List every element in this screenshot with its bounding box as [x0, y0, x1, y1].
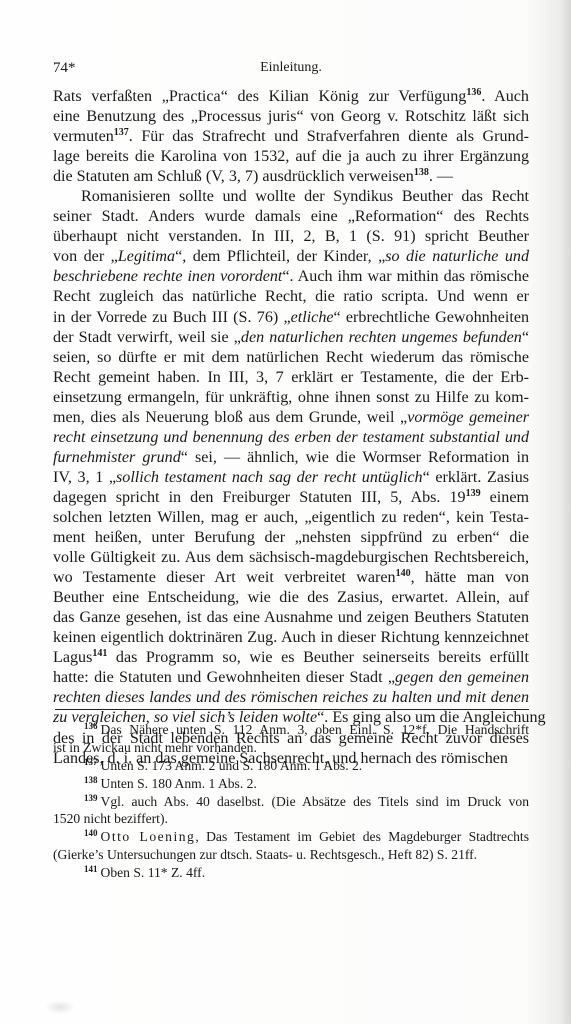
text-line: Beuther eine Entscheidung, wie die des Z… [53, 588, 529, 608]
text-line: von der „Legitima“, dem Pflichteil, der … [53, 247, 529, 267]
footnote-ref[interactable]: 137 [114, 127, 129, 138]
text-line: wo Testamente dieser Art weit verbreitet… [53, 568, 529, 588]
italic-quote: gegen den gemeinen [395, 669, 529, 686]
footnote-ref[interactable]: 140 [396, 568, 411, 579]
footnote-number: 136 [84, 721, 98, 731]
text-line: überhaupt nicht verstanden. In III, 2, B… [53, 227, 529, 247]
text-line: men, dies als Neuerung bloß aus dem Grun… [53, 408, 529, 428]
text-line: rechten dieses landes und des römischen … [53, 688, 529, 708]
text-line: lage bereits die Karolina von 1532, auf … [53, 147, 529, 167]
text-line: ment heißen, unter Berufung der „nehsten… [53, 528, 529, 548]
footnote-line: 140Otto Loening, Das Testament im Gebiet… [53, 828, 529, 846]
text-line: in der Vorrede zu Buch III (S. 76) „etli… [53, 308, 529, 328]
text-line: der Stadt verwirft, weil sie „den naturl… [53, 328, 529, 348]
chapter-title: Einleitung. [53, 60, 529, 76]
text-line: recht einsetzung und benennung des erben… [53, 428, 529, 448]
text-line: seien, so dürfte er mit dem natürlichen … [53, 348, 529, 368]
italic-quote: den naturlichen rechten ungemes befunden [241, 329, 522, 346]
text-line: vermuten137. Für das Strafrecht und Stra… [53, 127, 529, 147]
text-line: seiner Stadt. Anders wurde damals eine „… [53, 207, 529, 227]
italic-quote: vormöge gemeiner [407, 409, 529, 426]
footnote-line: 137Unten S. 173 Anm. 2 und S. 180 Anm. 1… [53, 757, 529, 775]
italic-quote: so die naturliche und [385, 248, 529, 265]
footnote-ref[interactable]: 141 [92, 648, 107, 659]
text-line: einsetzung ermangeln, für unkräftig, ohn… [53, 388, 529, 408]
italic-quote: beschriebene rechte inen vorordent [53, 268, 282, 285]
text-line: solchen letzten Willen, mag er auch, „ei… [53, 508, 529, 528]
text-line: hatte: die Statuten und Gewohnheiten die… [53, 668, 529, 688]
footnote-separator [55, 709, 529, 710]
footnote-line: 136Das Nähere unten S. 112 Anm. 3, oben … [53, 721, 529, 739]
footnote-ref[interactable]: 139 [466, 488, 481, 499]
text-line: dagegen spricht in den Freiburger Statut… [53, 488, 529, 508]
main-text: Rats verfaßten „Practica“ des Kilian Kön… [53, 87, 529, 769]
italic-quote: rechten dieses landes und des römischen … [53, 689, 529, 706]
text-line: keinen eigentlich doktrinären Zug. Auch … [53, 628, 529, 648]
footnote-line: 1520 nicht beziffert). [53, 810, 529, 828]
footnote-number: 139 [84, 793, 98, 803]
footnote-number: 137 [84, 757, 98, 767]
text-line: Recht zugleich das natürliche Recht, die… [53, 287, 529, 307]
footnote-line: ist in Zwickau nicht mehr vorhanden. [53, 739, 529, 757]
footnote-line: 138Unten S. 180 Anm. 1 Abs. 2. [53, 775, 529, 793]
running-head: 74* Einleitung. [53, 60, 529, 76]
italic-quote: sollich testament nach sag der recht unt… [116, 469, 423, 486]
italic-quote: recht einsetzung und benennung des erben… [53, 429, 529, 446]
text-line: Romanisieren sollte und wollte der Syndi… [53, 187, 529, 207]
italic-quote: etliche [291, 309, 334, 326]
scanned-page: 74* Einleitung. Rats verfaßten „Practica… [0, 0, 571, 1024]
text-line: das Ganze gesehen, ist das eine Ausnahme… [53, 608, 529, 628]
author-name: Otto Loening [101, 829, 196, 844]
text-line: Lagus141 das Programm so, wie es Beuther… [53, 648, 529, 668]
paper-stain [45, 1000, 75, 1014]
footnote-number: 138 [84, 775, 98, 785]
italic-quote: furnehmister grund [53, 449, 181, 466]
footnote-line: 141Oben S. 11* Z. 4ff. [53, 864, 529, 882]
italic-quote: Legitima [118, 248, 175, 265]
text-line: eine Benutzung des „Processus juris“ von… [53, 107, 529, 127]
footnotes: 136Das Nähere unten S. 112 Anm. 3, oben … [53, 721, 529, 882]
footnote-number: 140 [84, 828, 98, 838]
text-line: Rats verfaßten „Practica“ des Kilian Kön… [53, 87, 529, 107]
footnote-number: 141 [84, 864, 98, 874]
text-line: beschriebene rechte inen vorordent“. Auc… [53, 267, 529, 287]
text-line: die Statuten am Schluß (V, 3, 7) ausdrüc… [53, 167, 529, 187]
text-line: furnehmister grund“ sei, — ähnlich, wie … [53, 448, 529, 468]
footnote-line: 139Vgl. auch Abs. 40 daselbst. (Die Absä… [53, 793, 529, 811]
footnote-ref[interactable]: 138 [414, 167, 429, 178]
footnote-line: (Gierke’s Untersuchungen zur dtsch. Staa… [53, 846, 529, 864]
text-line: Recht gemeint haben. In III, 3, 7 erklär… [53, 368, 529, 388]
text-line: volle Gültigkeit zu. Aus dem sächsisch-m… [53, 548, 529, 568]
text-line: IV, 3, 1 „sollich testament nach sag der… [53, 468, 529, 488]
footnote-ref[interactable]: 136 [466, 87, 481, 98]
